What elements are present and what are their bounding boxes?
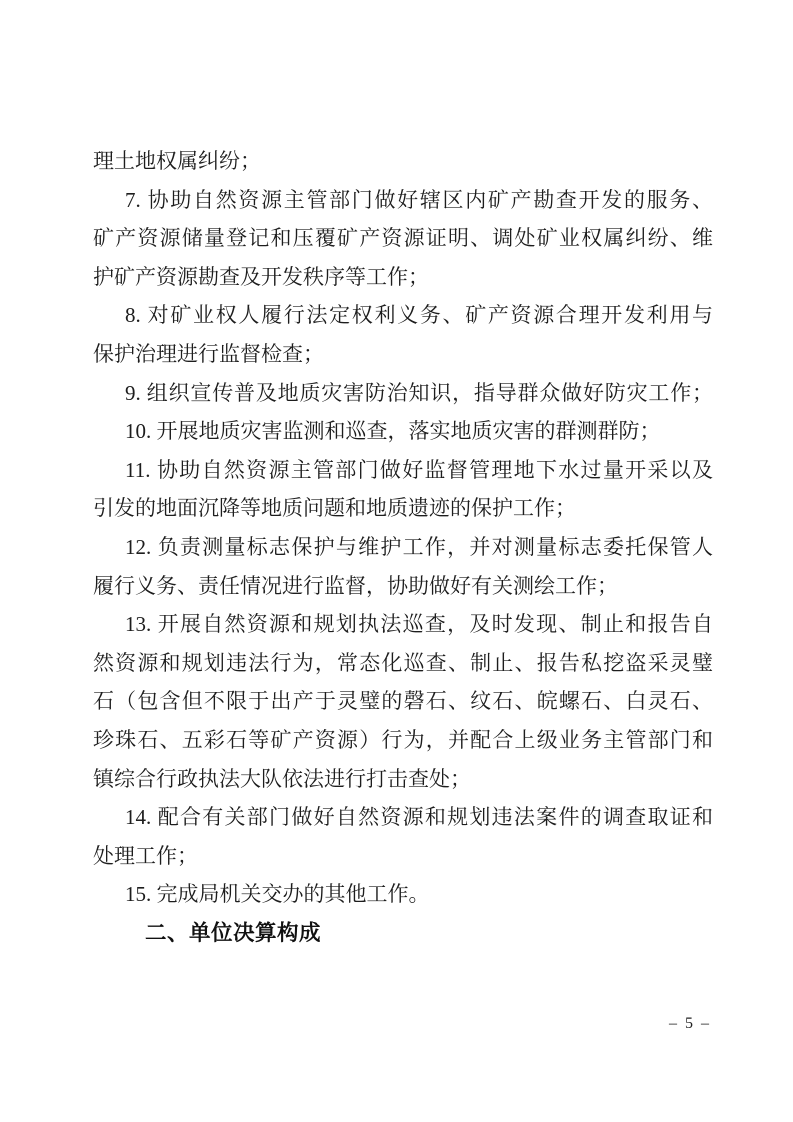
list-item-14: 14. 配合有关部门做好自然资源和规划违法案件的调查取证和 处理工作； — [93, 798, 713, 875]
text-line: 13. 开展自然资源和规划执法巡查，及时发现、制止和报告自 — [93, 605, 713, 644]
list-item-13: 13. 开展自然资源和规划执法巡查，及时发现、制止和报告自 然资源和规划违法行为… — [93, 605, 713, 798]
list-item-10: 10. 开展地质灾害监测和巡查，落实地质灾害的群测群防； — [93, 412, 713, 451]
text-line: 12. 负责测量标志保护与维护工作，并对测量标志委托保管人 — [93, 528, 713, 567]
text-line: 11. 协助自然资源主管部门做好监督管理地下水过量开采以及 — [93, 451, 713, 490]
list-item-7: 7. 协助自然资源主管部门做好辖区内矿产勘查开发的服务、 矿产资源储量登记和压覆… — [93, 181, 713, 297]
text-line: 引发的地面沉降等地质问题和地质遗迹的保护工作； — [93, 489, 713, 528]
document-body: 理土地权属纠纷； 7. 协助自然资源主管部门做好辖区内矿产勘查开发的服务、 矿产… — [93, 142, 713, 952]
text-line: 履行义务、责任情况进行监督，协助做好有关测绘工作； — [93, 567, 713, 606]
text-line: 石（包含但不限于出产于灵璧的磬石、纹石、皖螺石、白灵石、 — [93, 682, 713, 721]
text-line: 10. 开展地质灾害监测和巡查，落实地质灾害的群测群防； — [93, 412, 713, 451]
text-line: 7. 协助自然资源主管部门做好辖区内矿产勘查开发的服务、 — [93, 181, 713, 220]
text-line: 处理工作； — [93, 837, 713, 876]
list-item-12: 12. 负责测量标志保护与维护工作，并对测量标志委托保管人 履行义务、责任情况进… — [93, 528, 713, 605]
document-page: 理土地权属纠纷； 7. 协助自然资源主管部门做好辖区内矿产勘查开发的服务、 矿产… — [0, 0, 793, 1122]
page-number: – 5 – — [669, 1013, 711, 1035]
text-line: 保护治理进行监督检查； — [93, 335, 713, 374]
text-line: 理土地权属纠纷； — [93, 142, 713, 181]
text-line: 护矿产资源勘查及开发秩序等工作； — [93, 258, 713, 297]
list-item-15: 15. 完成局机关交办的其他工作。 — [93, 875, 713, 914]
list-item-9: 9. 组织宣传普及地质灾害防治知识，指导群众做好防灾工作； — [93, 374, 713, 413]
paragraph-continuation: 理土地权属纠纷； — [93, 142, 713, 181]
list-item-11: 11. 协助自然资源主管部门做好监督管理地下水过量开采以及 引发的地面沉降等地质… — [93, 451, 713, 528]
text-line: 矿产资源储量登记和压覆矿产资源证明、调处矿业权属纠纷、维 — [93, 219, 713, 258]
list-item-8: 8. 对矿业权人履行法定权利义务、矿产资源合理开发利用与 保护治理进行监督检查； — [93, 296, 713, 373]
text-line: 15. 完成局机关交办的其他工作。 — [93, 875, 713, 914]
text-line: 珍珠石、五彩石等矿产资源）行为，并配合上级业务主管部门和 — [93, 721, 713, 760]
text-line: 14. 配合有关部门做好自然资源和规划违法案件的调查取证和 — [93, 798, 713, 837]
text-line: 9. 组织宣传普及地质灾害防治知识，指导群众做好防灾工作； — [93, 374, 713, 413]
text-line: 然资源和规划违法行为，常态化巡查、制止、报告私挖盗采灵璧 — [93, 644, 713, 683]
text-line: 8. 对矿业权人履行法定权利义务、矿产资源合理开发利用与 — [93, 296, 713, 335]
section-heading: 二、单位决算构成 — [93, 914, 713, 953]
text-line: 镇综合行政执法大队依法进行打击查处； — [93, 760, 713, 799]
